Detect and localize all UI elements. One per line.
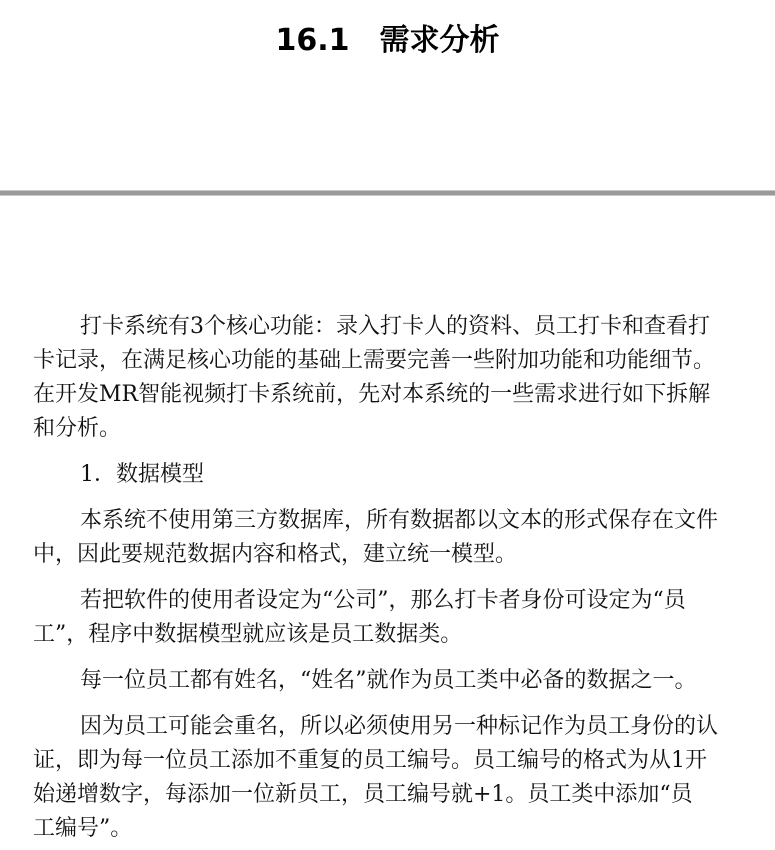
header-divider [0, 190, 775, 196]
paragraph-name: 每一位员工都有姓名，“姓名”就作为员工类中必备的数据之一。 [33, 664, 745, 698]
text-line: 和分析。 [33, 412, 745, 446]
text-line: 卡记录，在满足核心功能的基础上需要完善一些附加功能和功能细节。 [33, 344, 745, 378]
text-line: 若把软件的使用者设定为“公司”，那么打卡者身份可设定为“员 [33, 584, 745, 618]
text-line: 工”，程序中数据模型就应该是员工数据类。 [33, 618, 745, 652]
text-line: 证，即为每一位员工添加不重复的员工编号。员工编号的格式为从1开 [33, 744, 745, 778]
subheading-text: 1．数据模型 [33, 458, 745, 492]
paragraph-employee-id: 因为员工可能会重名，所以必须使用另一种标记作为员工身份的认 证，即为每一位员工添… [33, 710, 745, 846]
text-line: 在开发MR智能视频打卡系统前，先对本系统的一些需求进行如下拆解 [33, 378, 745, 412]
text-line: 工编号”。 [33, 812, 745, 846]
text-line: 始递增数字，每添加一位新员工，员工编号就+1。员工类中添加“员 [33, 778, 745, 812]
subheading-data-model: 1．数据模型 [33, 458, 745, 492]
paragraph-storage: 本系统不使用第三方数据库，所有数据都以文本的形式保存在文件 中，因此要规范数据内… [33, 504, 745, 572]
section-heading: 16.1需求分析 [0, 18, 775, 64]
paragraph-intro: 打卡系统有3个核心功能：录入打卡人的资料、员工打卡和查看打 卡记录，在满足核心功… [33, 310, 745, 446]
text-line: 因为员工可能会重名，所以必须使用另一种标记作为员工身份的认 [33, 710, 745, 744]
section-title: 需求分析 [380, 23, 500, 58]
paragraph-company: 若把软件的使用者设定为“公司”，那么打卡者身份可设定为“员 工”，程序中数据模型… [33, 584, 745, 652]
document-body: 打卡系统有3个核心功能：录入打卡人的资料、员工打卡和查看打 卡记录，在满足核心功… [33, 310, 745, 850]
section-number: 16.1 [275, 23, 349, 58]
text-line: 中，因此要规范数据内容和格式，建立统一模型。 [33, 538, 745, 572]
text-line: 本系统不使用第三方数据库，所有数据都以文本的形式保存在文件 [33, 504, 745, 538]
text-line: 打卡系统有3个核心功能：录入打卡人的资料、员工打卡和查看打 [33, 310, 745, 344]
text-line: 每一位员工都有姓名，“姓名”就作为员工类中必备的数据之一。 [33, 664, 745, 698]
